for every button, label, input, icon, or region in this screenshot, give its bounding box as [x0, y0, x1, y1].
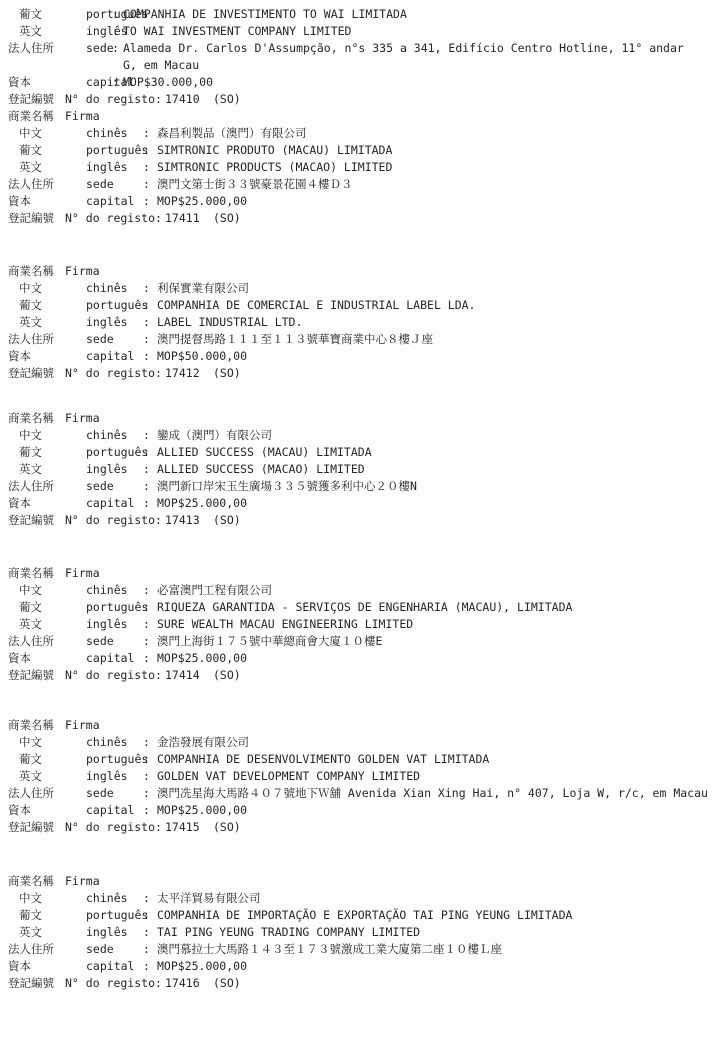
field-row: 葡文português:ALLIED SUCCESS (MACAU) LIMIT… — [0, 444, 728, 461]
field-value: MOP$50.000,00 — [157, 348, 717, 365]
registration-label-pt: N° do registo: — [65, 667, 162, 684]
registration-label-pt: N° do registo: — [65, 975, 162, 992]
field-separator: : — [143, 176, 150, 193]
registration-label-zh: 登記編號 — [8, 365, 54, 382]
firma-row: 商業名稱Firma — [0, 873, 728, 890]
field-separator: : — [143, 958, 150, 975]
registration-row: 登記編號N° do registo:17416(SO) — [0, 975, 728, 992]
registration-label-zh: 登記編號 — [8, 975, 54, 992]
field-separator: : — [143, 125, 150, 142]
field-label-zh: 葡文 — [19, 751, 42, 768]
field-separator: : — [143, 331, 150, 348]
field-label-zh: 法人住所 — [8, 785, 54, 802]
field-label-zh: 法人住所 — [8, 40, 54, 57]
registration-label-zh: 登記編號 — [8, 819, 54, 836]
registration-row: 登記編號N° do registo:17414(SO) — [0, 667, 728, 684]
field-row: 資本capital:MOP$30.000,00 — [0, 74, 728, 91]
field-row: 法人住所sede:澳門文第士街３３號豪景花園４樓Ｄ３ — [0, 176, 728, 193]
field-separator: : — [143, 427, 150, 444]
registration-label-zh: 登記編號 — [8, 512, 54, 529]
field-separator: : — [143, 193, 150, 210]
field-value: MOP$25.000,00 — [157, 495, 717, 512]
field-label-zh: 中文 — [19, 427, 42, 444]
field-separator: : — [143, 142, 150, 159]
registration-code: (SO) — [213, 91, 241, 108]
field-row: 英文inglês:SIMTRONIC PRODUCTS (MACAO) LIMI… — [0, 159, 728, 176]
field-label-zh: 葡文 — [19, 444, 42, 461]
field-label-zh: 英文 — [19, 616, 42, 633]
field-label-pt: português — [86, 907, 148, 924]
field-value: ALLIED SUCCESS (MACAO) LIMITED — [157, 461, 717, 478]
registration-row: 登記編號N° do registo:17413(SO) — [0, 512, 728, 529]
field-label-pt: inglês — [86, 924, 128, 941]
field-row: 中文chinês:太平洋貿易有限公司 — [0, 890, 728, 907]
field-separator: : — [143, 297, 150, 314]
field-value: TAI PING YEUNG TRADING COMPANY LIMITED — [157, 924, 717, 941]
field-value: 澳門文第士街３３號豪景花園４樓Ｄ３ — [157, 176, 717, 193]
field-label-zh: 法人住所 — [8, 633, 54, 650]
field-value: 澳門新口岸宋玉生廣場３３５號獲多利中心２０樓N — [157, 478, 717, 495]
firma-row: 商業名稱Firma — [0, 263, 728, 280]
field-row: 中文chinês:森昌利製品（澳門）有限公司 — [0, 125, 728, 142]
field-row: 中文chinês:鑾成（澳門）有限公司 — [0, 427, 728, 444]
registration-label-zh: 登記編號 — [8, 91, 54, 108]
registration-code: (SO) — [213, 975, 241, 992]
field-label-zh: 法人住所 — [8, 331, 54, 348]
field-label-zh: 葡文 — [19, 297, 42, 314]
field-label-zh: 英文 — [19, 23, 42, 40]
field-label-zh: 中文 — [19, 280, 42, 297]
field-row: 英文inglês:ALLIED SUCCESS (MACAO) LIMITED — [0, 461, 728, 478]
field-label-pt: sede — [86, 941, 114, 958]
registration-number: 17412 — [165, 365, 200, 382]
registry-entry: 商業名稱Firma中文chinês:必富澳門工程有限公司葡文português:… — [0, 565, 728, 684]
field-value: GOLDEN VAT DEVELOPMENT COMPANY LIMITED — [157, 768, 717, 785]
registration-number: 17414 — [165, 667, 200, 684]
registration-row: 登記編號N° do registo:17412(SO) — [0, 365, 728, 382]
field-separator: : — [143, 599, 150, 616]
field-label-zh: 葡文 — [19, 6, 42, 23]
field-separator: : — [143, 907, 150, 924]
registration-row: 登記編號N° do registo:17410(SO) — [0, 91, 728, 108]
field-label-pt: sede — [86, 785, 114, 802]
field-row: 英文inglês:LABEL INDUSTRIAL LTD. — [0, 314, 728, 331]
field-row: 葡文português:COMPANHIA DE INVESTIMENTO TO… — [0, 6, 728, 23]
field-label-pt: chinês — [86, 734, 128, 751]
firma-row: 商業名稱Firma — [0, 410, 728, 427]
field-row: 葡文português:COMPANHIA DE IMPORTAÇÃO E EX… — [0, 907, 728, 924]
registration-label-zh: 登記編號 — [8, 210, 54, 227]
field-separator: : — [143, 941, 150, 958]
field-row: 資本capital:MOP$25.000,00 — [0, 193, 728, 210]
field-label-pt: sede — [86, 40, 114, 57]
field-value: ALLIED SUCCESS (MACAU) LIMITADA — [157, 444, 717, 461]
firma-label-pt: Firma — [65, 873, 100, 890]
field-label-zh: 葡文 — [19, 142, 42, 159]
firma-label-zh: 商業名稱 — [8, 263, 54, 280]
field-separator: : — [143, 314, 150, 331]
field-separator: : — [143, 890, 150, 907]
field-separator: : — [143, 633, 150, 650]
field-separator: : — [143, 802, 150, 819]
field-row: 資本capital:MOP$25.000,00 — [0, 958, 728, 975]
field-row: 資本capital:MOP$25.000,00 — [0, 650, 728, 667]
field-value: LABEL INDUSTRIAL LTD. — [157, 314, 717, 331]
field-separator: : — [143, 461, 150, 478]
field-value: MOP$25.000,00 — [157, 193, 717, 210]
registration-code: (SO) — [213, 365, 241, 382]
field-label-pt: português — [86, 444, 148, 461]
field-separator: : — [143, 924, 150, 941]
field-row: 中文chinês:利保實業有限公司 — [0, 280, 728, 297]
registration-code: (SO) — [213, 667, 241, 684]
field-label-pt: chinês — [86, 890, 128, 907]
field-label-pt: português — [86, 751, 148, 768]
registration-number: 17411 — [165, 210, 200, 227]
field-row: 資本capital:MOP$50.000,00 — [0, 348, 728, 365]
registry-entry: 商業名稱Firma中文chinês:利保實業有限公司葡文português:CO… — [0, 263, 728, 382]
field-row: 葡文português:COMPANHIA DE DESENVOLVIMENTO… — [0, 751, 728, 768]
registry-entry: 商業名稱Firma中文chinês:森昌利製品（澳門）有限公司葡文portugu… — [0, 108, 728, 227]
field-value: 森昌利製品（澳門）有限公司 — [157, 125, 717, 142]
field-value: Alameda Dr. Carlos D'Assumpção, n°s 335 … — [123, 40, 695, 74]
field-separator: : — [143, 751, 150, 768]
registration-number: 17415 — [165, 819, 200, 836]
field-separator: : — [112, 6, 119, 23]
field-row: 法人住所sede:Alameda Dr. Carlos D'Assumpção,… — [0, 40, 728, 74]
firma-label-pt: Firma — [65, 410, 100, 427]
registration-label-zh: 登記編號 — [8, 667, 54, 684]
registration-code: (SO) — [213, 819, 241, 836]
field-value: RIQUEZA GARANTIDA - SERVIÇOS DE ENGENHAR… — [157, 599, 717, 616]
field-separator: : — [112, 74, 119, 91]
field-label-zh: 英文 — [19, 314, 42, 331]
field-label-pt: sede — [86, 176, 114, 193]
registration-row: 登記編號N° do registo:17415(SO) — [0, 819, 728, 836]
field-value: SURE WEALTH MACAU ENGINEERING LIMITED — [157, 616, 717, 633]
field-label-zh: 中文 — [19, 734, 42, 751]
field-row: 法人住所sede:澳門提督馬路１１１至１１３號華寶商業中心８樓Ｊ座 — [0, 331, 728, 348]
registration-code: (SO) — [213, 210, 241, 227]
field-label-pt: português — [86, 297, 148, 314]
firma-label-zh: 商業名稱 — [8, 108, 54, 125]
registration-label-pt: N° do registo: — [65, 91, 162, 108]
field-separator: : — [143, 582, 150, 599]
field-row: 葡文português:SIMTRONIC PRODUTO (MACAU) LI… — [0, 142, 728, 159]
field-value: 澳門提督馬路１１１至１１３號華寶商業中心８樓Ｊ座 — [157, 331, 717, 348]
field-label-zh: 法人住所 — [8, 478, 54, 495]
field-value: MOP$25.000,00 — [157, 958, 717, 975]
field-label-pt: inglês — [86, 616, 128, 633]
field-label-pt: sede — [86, 633, 114, 650]
field-separator: : — [143, 444, 150, 461]
registration-label-pt: N° do registo: — [65, 819, 162, 836]
field-row: 葡文português:COMPANHIA DE COMERCIAL E IND… — [0, 297, 728, 314]
field-row: 葡文português:RIQUEZA GARANTIDA - SERVIÇOS… — [0, 599, 728, 616]
field-row: 法人住所sede:澳門冼星海大馬路４０７號地下Ｗ舖 Avenida Xian X… — [0, 785, 728, 802]
field-label-zh: 資本 — [8, 193, 31, 210]
registration-code: (SO) — [213, 512, 241, 529]
registration-number: 17410 — [165, 91, 200, 108]
field-label-pt: capital — [86, 958, 134, 975]
firma-row: 商業名稱Firma — [0, 565, 728, 582]
registration-number: 17416 — [165, 975, 200, 992]
registration-row: 登記編號N° do registo:17411(SO) — [0, 210, 728, 227]
firma-label-zh: 商業名稱 — [8, 565, 54, 582]
field-value: SIMTRONIC PRODUCTS (MACAO) LIMITED — [157, 159, 717, 176]
field-label-zh: 中文 — [19, 582, 42, 599]
field-label-pt: chinês — [86, 125, 128, 142]
field-value: MOP$25.000,00 — [157, 650, 717, 667]
registration-label-pt: N° do registo: — [65, 512, 162, 529]
field-label-pt: capital — [86, 802, 134, 819]
field-label-pt: capital — [86, 348, 134, 365]
field-label-zh: 葡文 — [19, 907, 42, 924]
registration-label-pt: N° do registo: — [65, 210, 162, 227]
field-row: 中文chinês:必富澳門工程有限公司 — [0, 582, 728, 599]
field-separator: : — [143, 650, 150, 667]
field-label-zh: 英文 — [19, 461, 42, 478]
field-label-zh: 資本 — [8, 495, 31, 512]
field-value: 澳門慕拉士大馬路１４３至１７３號激成工業大廈第二座１０樓Ｌ座 — [157, 941, 717, 958]
field-label-pt: inglês — [86, 768, 128, 785]
field-separator: : — [143, 616, 150, 633]
field-label-pt: português — [86, 142, 148, 159]
field-row: 中文chinês:金浩發展有限公司 — [0, 734, 728, 751]
firma-label-zh: 商業名稱 — [8, 717, 54, 734]
registry-entry: 商業名稱Firma中文chinês:鑾成（澳門）有限公司葡文português:… — [0, 410, 728, 529]
field-label-zh: 資本 — [8, 650, 31, 667]
field-label-pt: capital — [86, 193, 134, 210]
field-separator: : — [143, 495, 150, 512]
field-separator: : — [112, 23, 119, 40]
registry-page: 葡文português:COMPANHIA DE INVESTIMENTO TO… — [0, 0, 728, 1063]
field-label-pt: inglês — [86, 461, 128, 478]
field-separator: : — [143, 734, 150, 751]
registration-label-pt: N° do registo: — [65, 365, 162, 382]
field-row: 法人住所sede:澳門上海街１７５號中華總商會大廈１０樓E — [0, 633, 728, 650]
field-label-pt: inglês — [86, 314, 128, 331]
field-row: 資本capital:MOP$25.000,00 — [0, 495, 728, 512]
field-value: 澳門上海街１７５號中華總商會大廈１０樓E — [157, 633, 717, 650]
field-label-zh: 資本 — [8, 348, 31, 365]
field-label-zh: 法人住所 — [8, 176, 54, 193]
field-label-zh: 英文 — [19, 768, 42, 785]
field-label-zh: 資本 — [8, 74, 31, 91]
field-row: 法人住所sede:澳門新口岸宋玉生廣場３３５號獲多利中心２０樓N — [0, 478, 728, 495]
registry-entry: 商業名稱Firma中文chinês:太平洋貿易有限公司葡文português:C… — [0, 873, 728, 992]
field-value: COMPANHIA DE IMPORTAÇÃO E EXPORTAÇÃO TAI… — [157, 907, 717, 924]
field-row: 英文inglês:TO WAI INVESTMENT COMPANY LIMIT… — [0, 23, 728, 40]
field-label-zh: 中文 — [19, 125, 42, 142]
field-label-pt: inglês — [86, 159, 128, 176]
field-separator: : — [112, 40, 119, 57]
field-label-pt: capital — [86, 495, 134, 512]
field-label-pt: inglês — [86, 23, 128, 40]
field-value: COMPANHIA DE DESENVOLVIMENTO GOLDEN VAT … — [157, 751, 717, 768]
field-value: TO WAI INVESTMENT COMPANY LIMITED — [123, 23, 695, 40]
field-separator: : — [143, 280, 150, 297]
field-value: 澳門冼星海大馬路４０７號地下Ｗ舖 Avenida Xian Xing Hai, … — [157, 785, 717, 802]
field-separator: : — [143, 768, 150, 785]
firma-row: 商業名稱Firma — [0, 717, 728, 734]
firma-label-pt: Firma — [65, 565, 100, 582]
field-label-zh: 資本 — [8, 958, 31, 975]
field-label-pt: sede — [86, 331, 114, 348]
registration-number: 17413 — [165, 512, 200, 529]
field-row: 英文inglês:GOLDEN VAT DEVELOPMENT COMPANY … — [0, 768, 728, 785]
registry-entry: 葡文português:COMPANHIA DE INVESTIMENTO TO… — [0, 6, 728, 108]
field-label-pt: chinês — [86, 280, 128, 297]
field-label-zh: 英文 — [19, 159, 42, 176]
field-row: 資本capital:MOP$25.000,00 — [0, 802, 728, 819]
firma-label-zh: 商業名稱 — [8, 873, 54, 890]
field-row: 英文inglês:TAI PING YEUNG TRADING COMPANY … — [0, 924, 728, 941]
firma-row: 商業名稱Firma — [0, 108, 728, 125]
field-separator: : — [143, 348, 150, 365]
registry-entry: 商業名稱Firma中文chinês:金浩發展有限公司葡文português:CO… — [0, 717, 728, 836]
firma-label-zh: 商業名稱 — [8, 410, 54, 427]
field-label-pt: chinês — [86, 427, 128, 444]
firma-label-pt: Firma — [65, 717, 100, 734]
field-value: 必富澳門工程有限公司 — [157, 582, 717, 599]
field-value: 金浩發展有限公司 — [157, 734, 717, 751]
field-label-pt: capital — [86, 74, 134, 91]
field-label-zh: 中文 — [19, 890, 42, 907]
field-separator: : — [143, 478, 150, 495]
field-value: MOP$30.000,00 — [123, 74, 695, 91]
field-label-zh: 法人住所 — [8, 941, 54, 958]
field-label-pt: português — [86, 599, 148, 616]
field-row: 法人住所sede:澳門慕拉士大馬路１４３至１７３號激成工業大廈第二座１０樓Ｌ座 — [0, 941, 728, 958]
field-row: 英文inglês:SURE WEALTH MACAU ENGINEERING L… — [0, 616, 728, 633]
field-value: SIMTRONIC PRODUTO (MACAU) LIMITADA — [157, 142, 717, 159]
field-label-pt: capital — [86, 650, 134, 667]
field-label-zh: 資本 — [8, 802, 31, 819]
field-value: 太平洋貿易有限公司 — [157, 890, 717, 907]
field-label-pt: sede — [86, 478, 114, 495]
firma-label-pt: Firma — [65, 108, 100, 125]
field-separator: : — [143, 785, 150, 802]
field-value: 利保實業有限公司 — [157, 280, 717, 297]
field-separator: : — [143, 159, 150, 176]
field-value: COMPANHIA DE INVESTIMENTO TO WAI LIMITAD… — [123, 6, 695, 23]
field-label-zh: 葡文 — [19, 599, 42, 616]
field-label-zh: 英文 — [19, 924, 42, 941]
field-label-pt: chinês — [86, 582, 128, 599]
field-value: 鑾成（澳門）有限公司 — [157, 427, 717, 444]
field-value: COMPANHIA DE COMERCIAL E INDUSTRIAL LABE… — [157, 297, 717, 314]
field-value: MOP$25.000,00 — [157, 802, 717, 819]
firma-label-pt: Firma — [65, 263, 100, 280]
